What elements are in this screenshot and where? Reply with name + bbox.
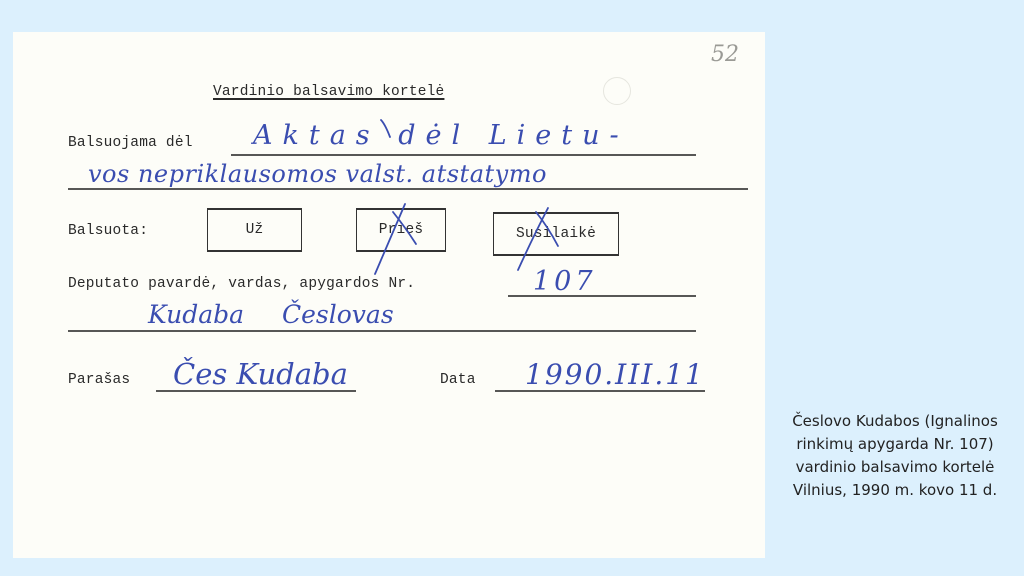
vote-option-label: Už bbox=[246, 222, 264, 238]
vote-option-against: Prieš bbox=[356, 208, 446, 252]
vote-option-for: Už bbox=[207, 208, 302, 252]
date-label: Data bbox=[440, 372, 476, 388]
subject-handwritten-2: vos nepriklausomos valst. atstatymo bbox=[88, 160, 547, 188]
subject-line-1 bbox=[231, 154, 696, 156]
punch-hole bbox=[603, 77, 631, 105]
date-handwritten: 1990.III.11 bbox=[525, 358, 705, 391]
district-number-handwritten: 107 bbox=[533, 266, 597, 297]
caption-line: rinkimų apygarda Nr. 107) bbox=[770, 433, 1020, 456]
caption-line: Vilnius, 1990 m. kovo 11 d. bbox=[770, 479, 1020, 502]
signature-handwritten: Čes Kudaba bbox=[173, 357, 348, 391]
vote-option-label: Susilaikė bbox=[516, 226, 596, 242]
deputy-label: Deputato pavardė, vardas, apygardos Nr. bbox=[68, 276, 415, 292]
vote-label: Balsuota: bbox=[68, 223, 148, 239]
caption-line: Česlovo Kudabos (Ignalinos bbox=[770, 410, 1020, 433]
page-number: 52 bbox=[711, 42, 739, 67]
caption: Česlovo Kudabos (Ignalinos rinkimų apyga… bbox=[770, 410, 1020, 502]
subject-handwritten-1: Aktas dėl Lietu- bbox=[253, 120, 629, 151]
deputy-name-handwritten: Kudaba Česlovas bbox=[148, 300, 394, 329]
subject-label: Balsuojama dėl bbox=[68, 135, 193, 151]
deputy-name-line bbox=[68, 330, 696, 332]
voting-card: 52 Vardinio balsavimo kortelė Balsuojama… bbox=[13, 32, 765, 558]
caption-line: vardinio balsavimo kortelė bbox=[770, 456, 1020, 479]
vote-option-abstain: Susilaikė bbox=[493, 212, 619, 256]
subject-line-2 bbox=[68, 188, 748, 190]
card-title: Vardinio balsavimo kortelė bbox=[213, 84, 444, 100]
vote-option-label: Prieš bbox=[379, 222, 424, 238]
signature-label: Parašas bbox=[68, 372, 130, 388]
